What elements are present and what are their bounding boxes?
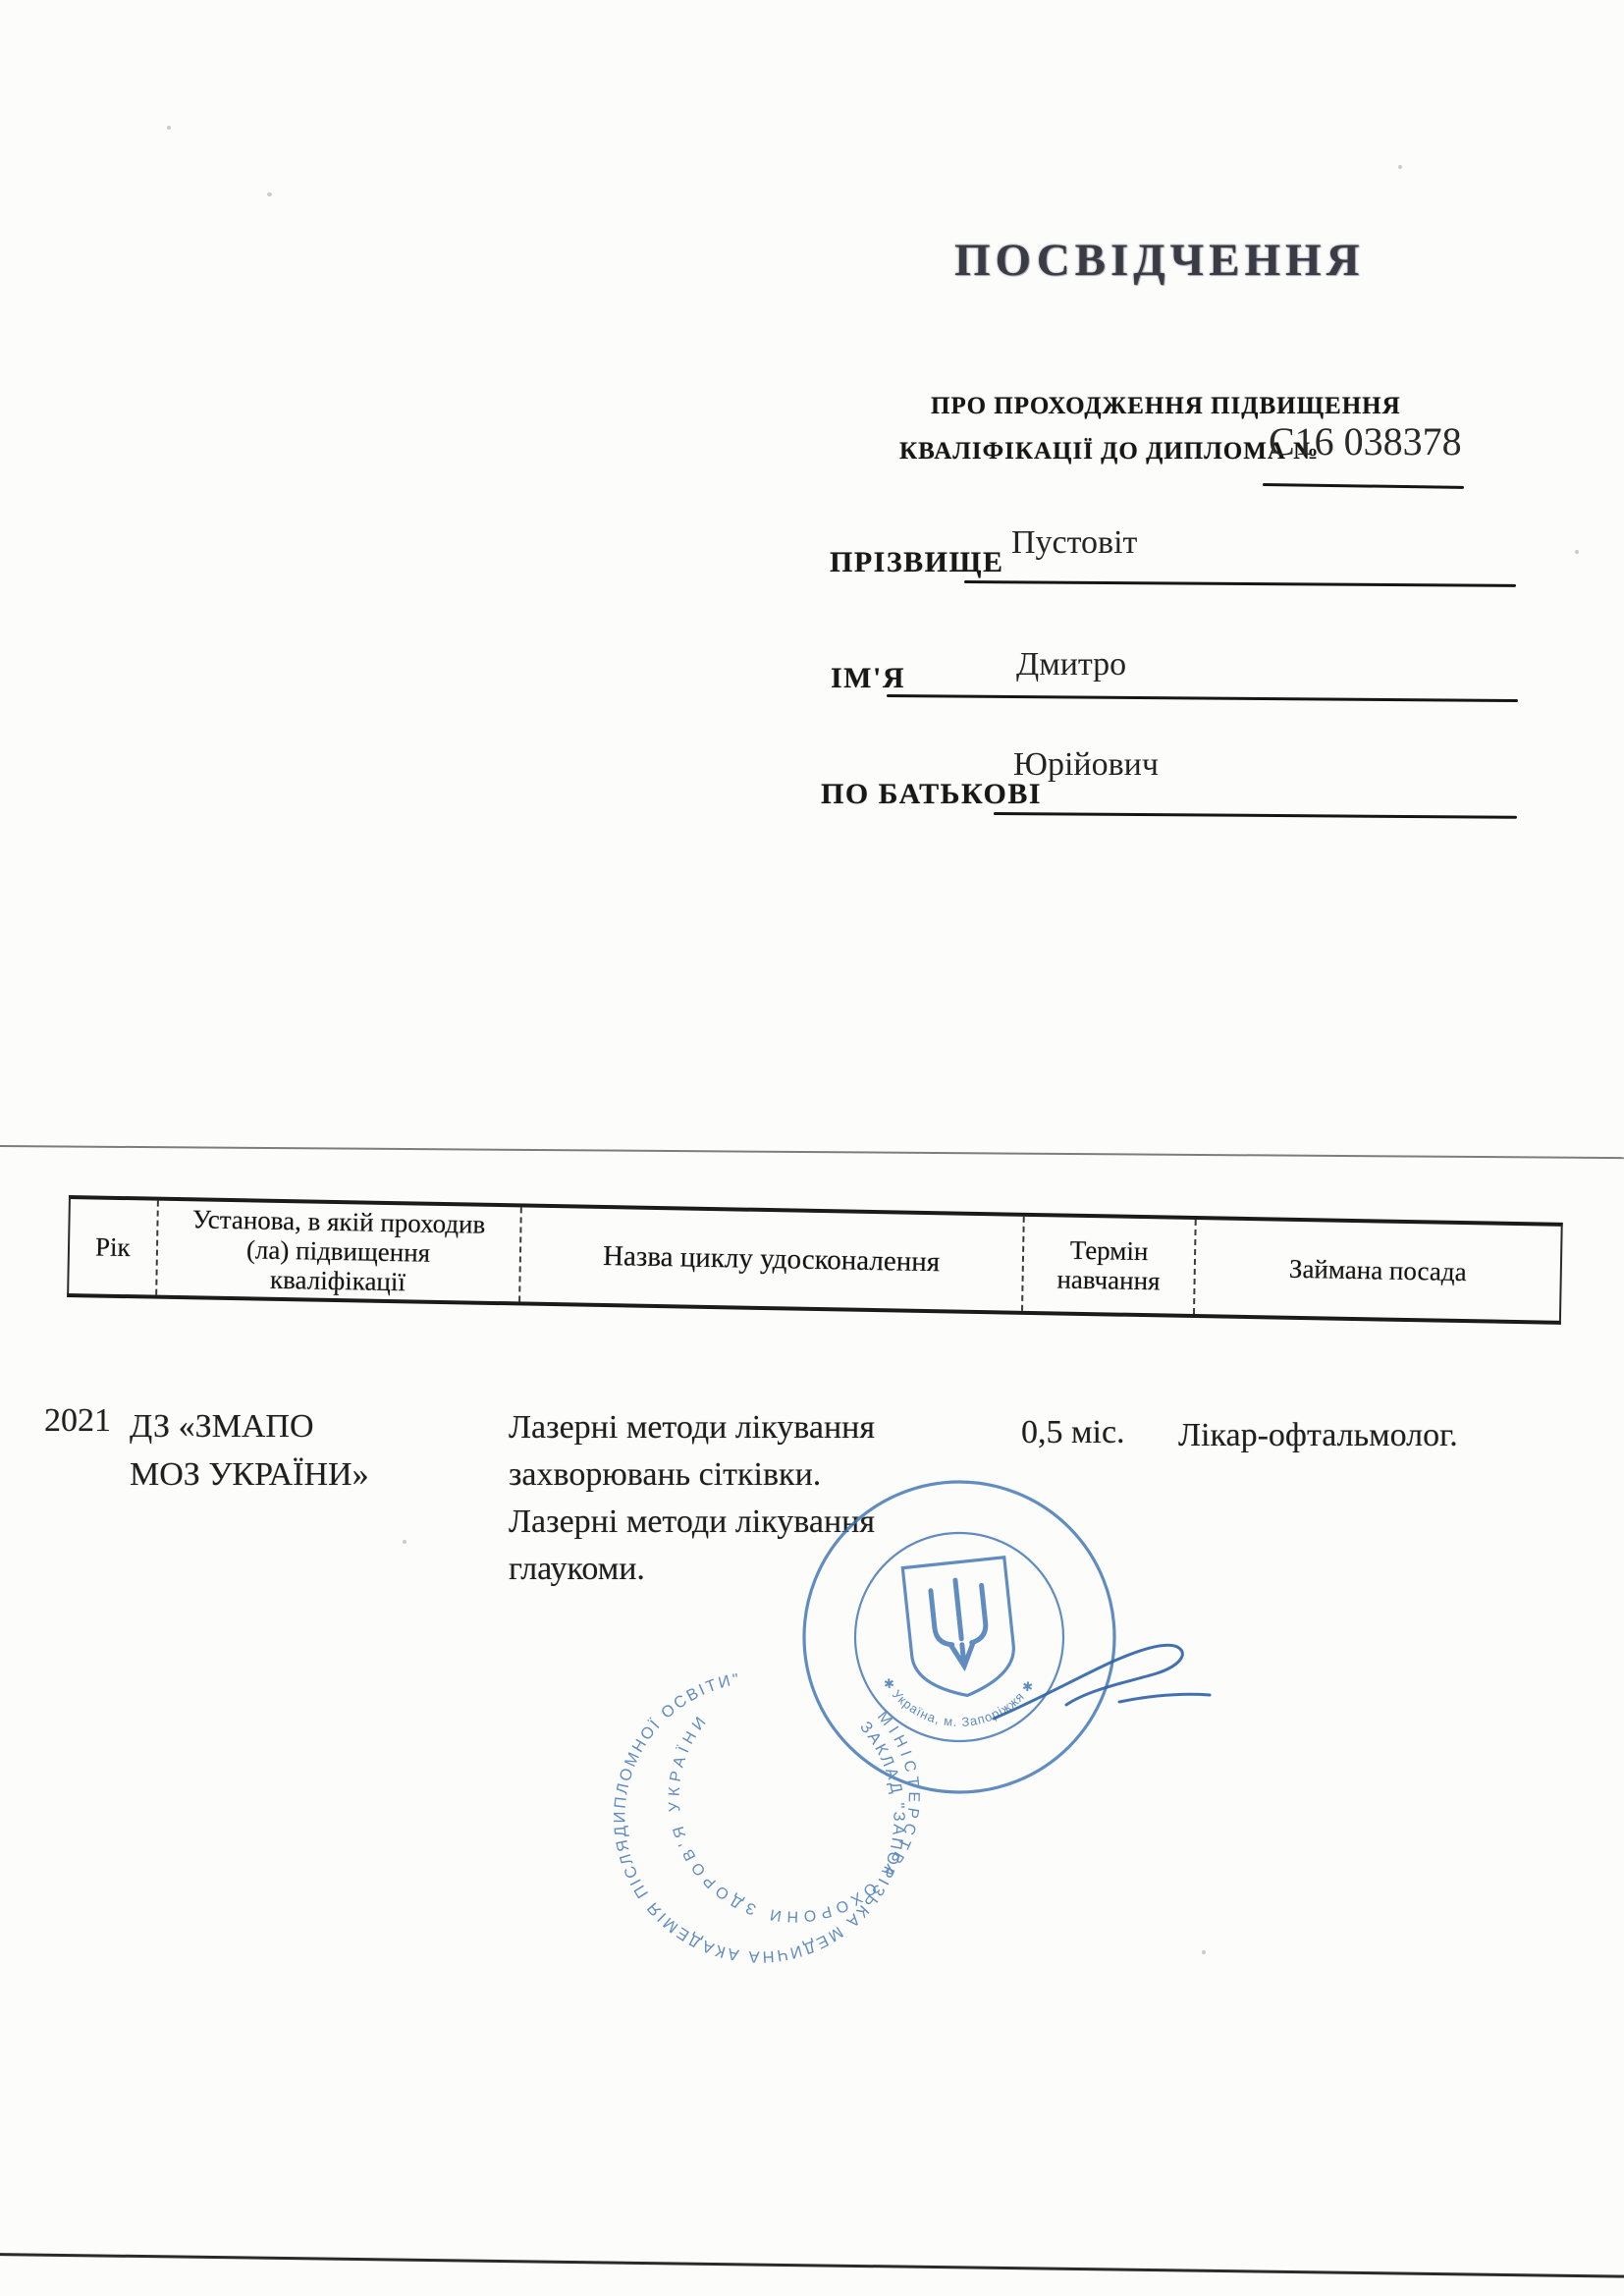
cycle-line: захворювань сітківки. [509, 1451, 875, 1499]
institution-header-line: Установа, в якій проходив [192, 1204, 486, 1238]
scan-speck [403, 1540, 406, 1544]
section-divider-line [0, 1145, 1624, 1159]
diploma-number-value: С16 038378 [1269, 418, 1462, 465]
scan-speck [167, 126, 171, 130]
institution-line: ДЗ «ЗМАПО [130, 1402, 369, 1450]
subtitle-line-2: КВАЛІФІКАЦІЇ ДО ДИПЛОМА № [899, 438, 1319, 465]
column-header-term: Термін навчання [1021, 1217, 1195, 1314]
column-header-year-label: Рік [95, 1232, 131, 1263]
institution-header-line: кваліфікації [270, 1265, 406, 1297]
column-header-institution: Установа, в якій проходив (ла) підвищенн… [155, 1201, 520, 1302]
stamp-outer-text: ЗАКЛАД "ЗАПОРІЗЬКА МЕДИЧНА АКАДЕМІЯ ПІСЛ… [550, 1608, 969, 2027]
cycle-line: Лазерні методи лікування [509, 1499, 875, 1546]
cycle-line: Лазерні методи лікування [509, 1404, 875, 1451]
firstname-value: Дмитро [1016, 646, 1126, 683]
stamp-inner-ring [855, 1533, 1063, 1741]
signature [994, 1645, 1210, 1719]
patronymic-value: Юрійович [1013, 746, 1159, 784]
stamp-inner-text: МІНІСТЕРСТВА ОХОРОНИ ЗДОРОВ'Я УКРАЇНИ [614, 1616, 975, 1978]
scan-speck [1575, 550, 1579, 554]
patronymic-label: ПО БАТЬКОВІ [821, 778, 1042, 811]
cycle-header-label: Назва циклу удосконалення [603, 1241, 941, 1277]
row-year-cell: 2021 [44, 1402, 111, 1440]
patronymic-underline [994, 812, 1517, 819]
row-institution-cell: ДЗ «ЗМАПО МОЗ УКРАЇНИ» [130, 1402, 369, 1499]
qualification-table-header: Рік Установа, в якій проходив (ла) підви… [67, 1195, 1563, 1325]
subtitle-line-1: ПРО ПРОХОДЖЕННЯ ПІДВИЩЕННЯ [931, 393, 1401, 420]
firstname-underline [887, 694, 1518, 702]
page-bottom-line [0, 2253, 1624, 2278]
scan-speck [267, 192, 272, 196]
column-header-year: Рік [69, 1199, 156, 1295]
certificate-title: ПОСВІДЧЕННЯ [954, 234, 1365, 287]
scan-speck [1398, 165, 1402, 169]
row-position-cell: Лікар-офтальмолог. [1178, 1417, 1458, 1454]
tryzub-emblem [902, 1558, 1018, 1701]
certificate-page: ПОСВІДЧЕННЯ ПРО ПРОХОДЖЕННЯ ПІДВИЩЕННЯ К… [0, 0, 1624, 2296]
firstname-label: ІМ'Я [831, 662, 905, 695]
institution-header-line: (ла) підвищення [246, 1234, 431, 1267]
cycle-line: глаукоми. [509, 1546, 875, 1593]
row-cycle-cell: Лазерні методи лікування захворювань сіт… [509, 1404, 875, 1593]
term-header-line: Термін [1070, 1235, 1149, 1266]
scan-speck [1202, 1950, 1206, 1954]
diploma-number-underline [1263, 483, 1464, 489]
institution-line: МОЗ УКРАЇНИ» [130, 1450, 369, 1499]
row-term-cell: 0,5 міс. [1021, 1414, 1125, 1451]
surname-underline [964, 580, 1516, 587]
surname-label: ПРІЗВИЩЕ [830, 546, 1003, 579]
column-header-position: Займана посада [1193, 1220, 1561, 1321]
column-header-cycle: Назва циклу удосконалення [518, 1207, 1023, 1310]
surname-value: Пустовіт [1011, 524, 1137, 562]
position-header-label: Займана посада [1289, 1254, 1467, 1286]
term-header-line: навчання [1056, 1264, 1161, 1295]
stamp-bottom-text: ✱ Україна, м. Запоріжжя ✱ [880, 1675, 1038, 1729]
